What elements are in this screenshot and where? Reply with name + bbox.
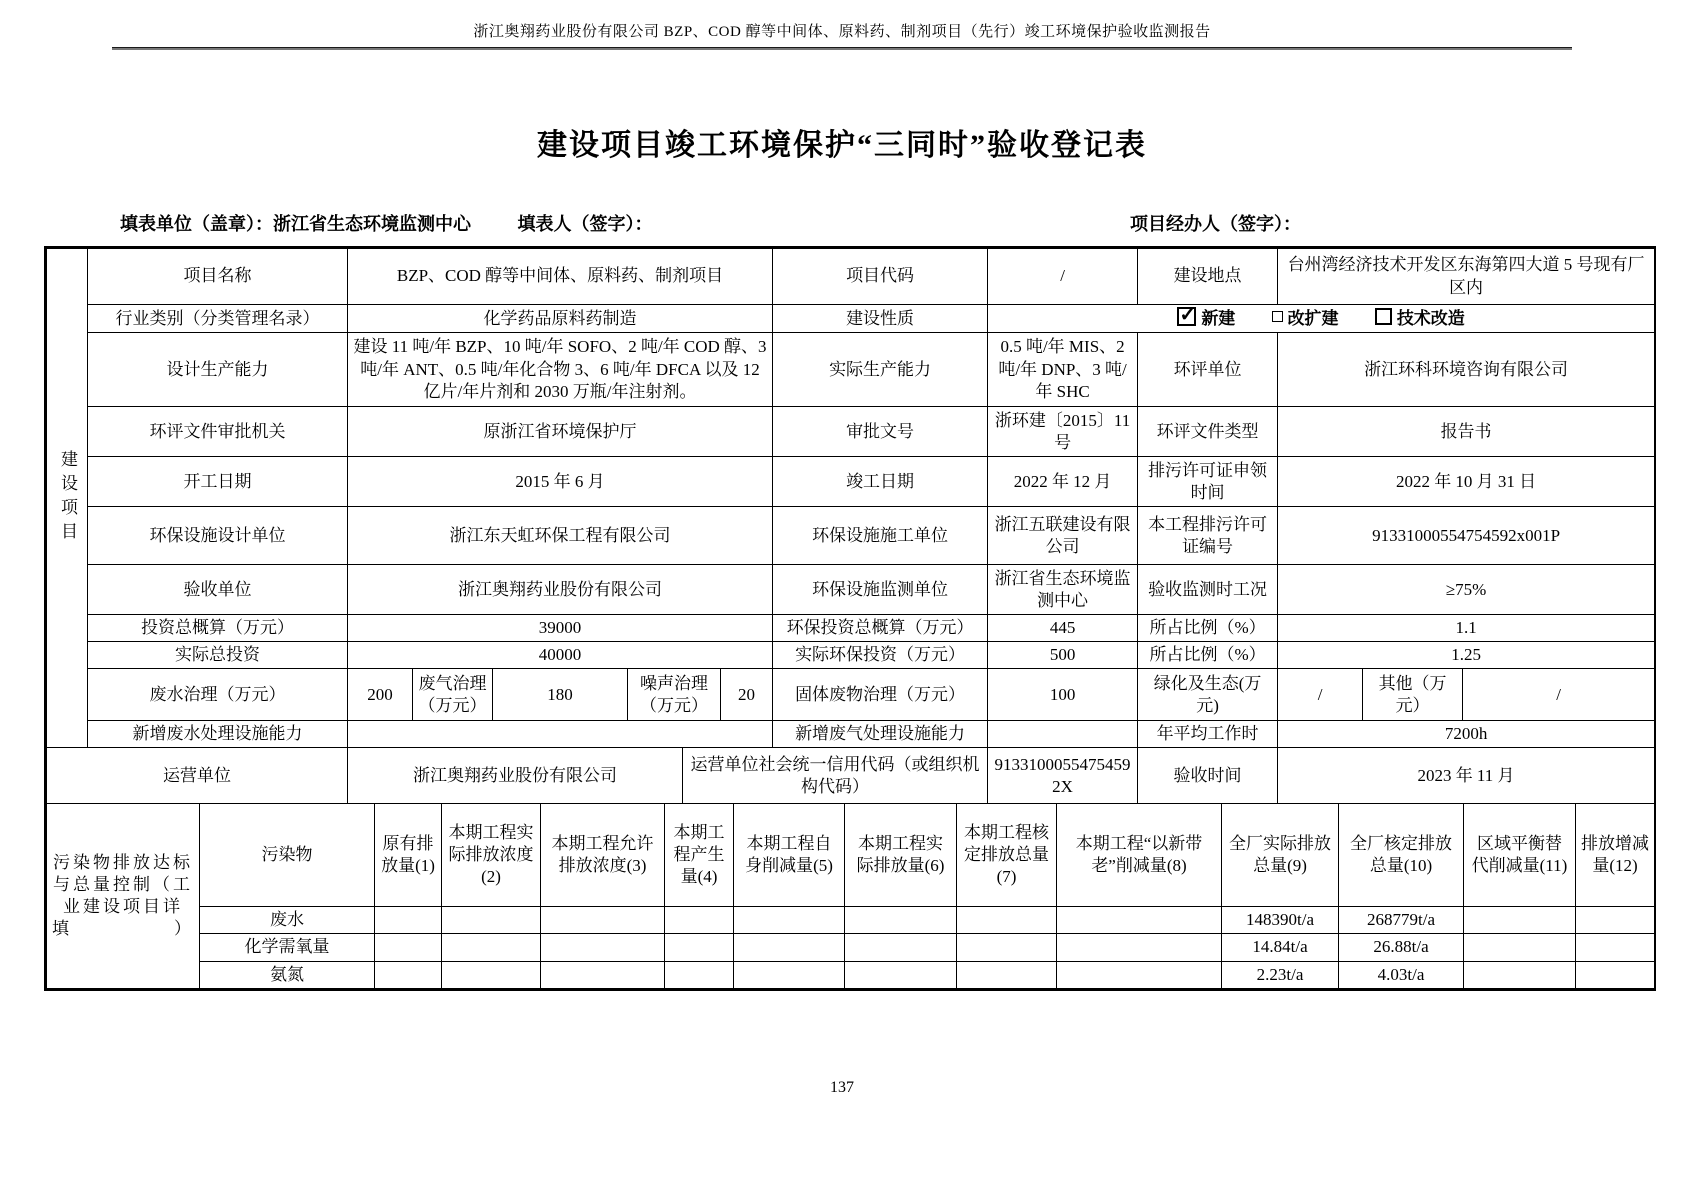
new-wastewater-capacity-value — [348, 721, 773, 748]
pollution-cell — [665, 961, 734, 988]
project-name-label: 项目名称 — [88, 249, 348, 305]
pollution-cell: 14.84t/a — [1222, 934, 1339, 961]
pollution-cell — [957, 934, 1057, 961]
registration-table: 建设项目 项目名称 BZP、COD 醇等中间体、原料药、制剂项目 项目代码 / … — [44, 246, 1656, 991]
acceptance-unit-value: 浙江奥翔药业股份有限公司 — [348, 565, 773, 615]
pollution-col-header: 污染物 — [200, 804, 375, 907]
env-budget-label: 环保投资总概算（万元） — [773, 615, 988, 642]
eia-approval-org-label: 环评文件审批机关 — [88, 407, 348, 457]
checkbox-new-icon — [1177, 307, 1196, 326]
project-code-value: / — [988, 249, 1138, 305]
pollution-cell — [734, 934, 845, 961]
completion-date-value: 2022 年 12 月 — [988, 457, 1138, 507]
nature-option-label: 技术改造 — [1397, 309, 1465, 328]
operation-unit-label: 运营单位 — [47, 748, 348, 803]
ratio2-label: 所占比例（%） — [1138, 642, 1278, 669]
pollution-col-header: 本期工程实际排放量(6) — [845, 804, 957, 907]
gas-cost-value: 180 — [493, 669, 628, 721]
form-unit-value: 浙江省生态环境监测中心 — [273, 214, 471, 234]
pollution-col-header: 本期工程自身削减量(5) — [734, 804, 845, 907]
eia-approval-org-value: 原浙江省环境保护厅 — [348, 407, 773, 457]
wastewater-cost-value: 200 — [348, 669, 413, 721]
green-cost-value: / — [1278, 669, 1363, 721]
permit-no-label: 本工程排污许可证编号 — [1138, 507, 1278, 565]
noise-cost-value: 20 — [721, 669, 773, 721]
acceptance-unit-label: 验收单位 — [88, 565, 348, 615]
pollution-cell — [1576, 934, 1655, 961]
document-page: 浙江奥翔药业股份有限公司 BZP、COD 醇等中间体、原料药、制剂项目（先行）竣… — [0, 0, 1684, 1190]
actual-capacity-value: 0.5 吨/年 MIS、2 吨/年 DNP、3 吨/年 SHC — [988, 333, 1138, 407]
pollution-cell — [375, 907, 442, 934]
project-code-label: 项目代码 — [773, 249, 988, 305]
pollution-col-header: 本期工程产生量(4) — [665, 804, 734, 907]
pollution-cell — [1576, 907, 1655, 934]
env-design-unit-label: 环保设施设计单位 — [88, 507, 348, 565]
other-cost-value: / — [1463, 669, 1655, 721]
nature-option-label: 改扩建 — [1288, 309, 1339, 328]
pollution-cell — [1057, 961, 1222, 988]
pollutant-name: 氨氮 — [200, 961, 375, 988]
green-cost-label: 绿化及生态(万元) — [1138, 669, 1278, 721]
section-label-construction: 建设项目 — [47, 249, 88, 748]
form-filler-label: 填表人（签字）： — [518, 214, 653, 234]
pollutant-name: 废水 — [200, 907, 375, 934]
solid-cost-label: 固体废物治理（万元） — [773, 669, 988, 721]
pollution-cell — [665, 934, 734, 961]
pollution-cell — [845, 934, 957, 961]
form-unit-label: 填表单位（盖章）： — [120, 214, 273, 234]
monitor-condition-value: ≥75% — [1278, 565, 1655, 615]
env-monitor-unit-value: 浙江省生态环境监测中心 — [988, 565, 1138, 615]
pollution-col-header: 本期工程允许排放浓度(3) — [541, 804, 665, 907]
ratio2-value: 1.25 — [1278, 642, 1655, 669]
eia-unit-value: 浙江环科环境咨询有限公司 — [1278, 333, 1655, 407]
pollution-cell — [442, 907, 541, 934]
pollution-col-header: 区域平衡替代削减量(11) — [1464, 804, 1576, 907]
nature-value: 新建 改扩建 技术改造 — [988, 305, 1655, 333]
nature-option-label: 新建 — [1201, 309, 1235, 328]
start-date-value: 2015 年 6 月 — [348, 457, 773, 507]
nature-label: 建设性质 — [773, 305, 988, 333]
env-construct-unit-value: 浙江五联建设有限公司 — [988, 507, 1138, 565]
completion-date-label: 竣工日期 — [773, 457, 988, 507]
construction-nature-option: 改扩建 — [1272, 309, 1339, 328]
pollution-cell — [541, 907, 665, 934]
monitor-condition-label: 验收监测时工况 — [1138, 565, 1278, 615]
ratio1-label: 所占比例（%） — [1138, 615, 1278, 642]
location-value: 台州湾经济技术开发区东海第四大道 5 号现有厂区内 — [1278, 249, 1655, 305]
pollution-cell — [1057, 934, 1222, 961]
operation-row-table: 运营单位 浙江奥翔药业股份有限公司 运营单位社会统一信用代码（或组织机构代码） … — [46, 748, 1655, 804]
permit-apply-time-value: 2022 年 10 月 31 日 — [1278, 457, 1655, 507]
eia-doc-type-value: 报告书 — [1278, 407, 1655, 457]
pollution-cell — [1464, 961, 1576, 988]
pollution-row-cod: 化学需氧量 14.84t/a 26.88t/a — [47, 934, 1655, 961]
pollution-cell — [1464, 934, 1576, 961]
pollution-col-header: 原有排放量(1) — [375, 804, 442, 907]
pollution-cell: 148390t/a — [1222, 907, 1339, 934]
permit-apply-time-label: 排污许可证申领时间 — [1138, 457, 1278, 507]
credit-code-value: 91331000554754592X — [988, 748, 1138, 803]
pollution-col-header: 本期工程“以新带老”削减量(8) — [1057, 804, 1222, 907]
construction-section-table: 建设项目 项目名称 BZP、COD 醇等中间体、原料药、制剂项目 项目代码 / … — [46, 248, 1655, 748]
approval-no-value: 浙环建〔2015〕11 号 — [988, 407, 1138, 457]
pollution-cell — [734, 907, 845, 934]
design-capacity-value: 建设 11 吨/年 BZP、10 吨/年 SOFO、2 吨/年 COD 醇、3 … — [348, 333, 773, 407]
pollution-cell — [375, 961, 442, 988]
pollution-cell — [734, 961, 845, 988]
total-budget-value: 39000 — [348, 615, 773, 642]
construction-nature-option: 新建 — [1177, 309, 1235, 328]
other-cost-label: 其他（万元） — [1363, 669, 1463, 721]
pollution-section-table: 污染物排放达标与总量控制（工业建设项目详填） 污染物 原有排放量(1) 本期工程… — [46, 804, 1655, 989]
checkbox-tech-icon — [1375, 308, 1392, 325]
pollution-cell: 4.03t/a — [1339, 961, 1464, 988]
pollution-cell — [957, 961, 1057, 988]
env-budget-value: 445 — [988, 615, 1138, 642]
pollution-col-header: 全厂核定排放总量(10) — [1339, 804, 1464, 907]
new-gas-capacity-value — [988, 721, 1138, 748]
ratio1-value: 1.1 — [1278, 615, 1655, 642]
header-divider — [112, 47, 1572, 50]
eia-doc-type-label: 环评文件类型 — [1138, 407, 1278, 457]
pollution-col-header: 本期工程核定排放总量(7) — [957, 804, 1057, 907]
report-header-title: 浙江奥翔药业股份有限公司 BZP、COD 醇等中间体、原料药、制剂项目（先行）竣… — [0, 0, 1684, 41]
design-capacity-label: 设计生产能力 — [88, 333, 348, 407]
section-label-pollution: 污染物排放达标与总量控制（工业建设项目详填） — [47, 804, 200, 988]
pollution-cell — [541, 961, 665, 988]
pollution-cell — [1576, 961, 1655, 988]
actual-env-investment-label: 实际环保投资（万元） — [773, 642, 988, 669]
construction-nature-option: 技术改造 — [1375, 309, 1465, 328]
location-label: 建设地点 — [1138, 249, 1278, 305]
annual-hours-label: 年平均工作时 — [1138, 721, 1278, 748]
pollution-row-ammonia: 氨氮 2.23t/a 4.03t/a — [47, 961, 1655, 988]
env-monitor-unit-label: 环保设施监测单位 — [773, 565, 988, 615]
acceptance-time-value: 2023 年 11 月 — [1278, 748, 1655, 803]
form-unit: 填表单位（盖章）：浙江省生态环境监测中心 — [120, 214, 471, 234]
pollution-cell: 2.23t/a — [1222, 961, 1339, 988]
env-construct-unit-label: 环保设施施工单位 — [773, 507, 988, 565]
new-gas-capacity-label: 新增废气处理设施能力 — [773, 721, 988, 748]
pollution-cell — [665, 907, 734, 934]
checkbox-expand-icon — [1272, 311, 1283, 322]
pollution-cell — [1464, 907, 1576, 934]
actual-env-investment-value: 500 — [988, 642, 1138, 669]
noise-cost-label: 噪声治理（万元） — [628, 669, 721, 721]
pollutant-name: 化学需氧量 — [200, 934, 375, 961]
pollution-cell — [957, 907, 1057, 934]
pollution-cell — [541, 934, 665, 961]
actual-investment-value: 40000 — [348, 642, 773, 669]
pollution-col-header: 排放增减量(12) — [1576, 804, 1655, 907]
pollution-cell — [845, 961, 957, 988]
industry-value: 化学药品原料药制造 — [348, 305, 773, 333]
form-meta-line: 填表单位（盖章）：浙江省生态环境监测中心 填表人（签字）： 项目经办人（签字）： — [120, 210, 1684, 236]
project-name-value: BZP、COD 醇等中间体、原料药、制剂项目 — [348, 249, 773, 305]
pollution-cell — [442, 934, 541, 961]
start-date-label: 开工日期 — [88, 457, 348, 507]
approval-no-label: 审批文号 — [773, 407, 988, 457]
form-agent-label: 项目经办人（签字）： — [1130, 210, 1301, 236]
pollution-cell — [1057, 907, 1222, 934]
pollution-cell: 26.88t/a — [1339, 934, 1464, 961]
pollution-cell — [375, 934, 442, 961]
new-wastewater-capacity-label: 新增废水处理设施能力 — [88, 721, 348, 748]
eia-unit-label: 环评单位 — [1138, 333, 1278, 407]
permit-no-value: 91331000554754592x001P — [1278, 507, 1655, 565]
credit-code-label: 运营单位社会统一信用代码（或组织机构代码） — [683, 748, 988, 803]
solid-cost-value: 100 — [988, 669, 1138, 721]
annual-hours-value: 7200h — [1278, 721, 1655, 748]
page-number: 137 — [0, 1079, 1684, 1097]
env-design-unit-value: 浙江东天虹环保工程有限公司 — [348, 507, 773, 565]
pollution-cell — [845, 907, 957, 934]
pollution-cell — [442, 961, 541, 988]
total-budget-label: 投资总概算（万元） — [88, 615, 348, 642]
operation-unit-value: 浙江奥翔药业股份有限公司 — [348, 748, 683, 803]
actual-investment-label: 实际总投资 — [88, 642, 348, 669]
gas-cost-label: 废气治理（万元） — [413, 669, 493, 721]
page-title: 建设项目竣工环境保护“三同时”验收登记表 — [0, 120, 1684, 164]
actual-capacity-label: 实际生产能力 — [773, 333, 988, 407]
pollution-row-wastewater: 废水 148390t/a 268779t/a — [47, 907, 1655, 934]
acceptance-time-label: 验收时间 — [1138, 748, 1278, 803]
wastewater-cost-label: 废水治理（万元） — [88, 669, 348, 721]
pollution-col-header: 本期工程实际排放浓度(2) — [442, 804, 541, 907]
pollution-col-header: 全厂实际排放总量(9) — [1222, 804, 1339, 907]
industry-label: 行业类别（分类管理名录） — [88, 305, 348, 333]
pollution-cell: 268779t/a — [1339, 907, 1464, 934]
